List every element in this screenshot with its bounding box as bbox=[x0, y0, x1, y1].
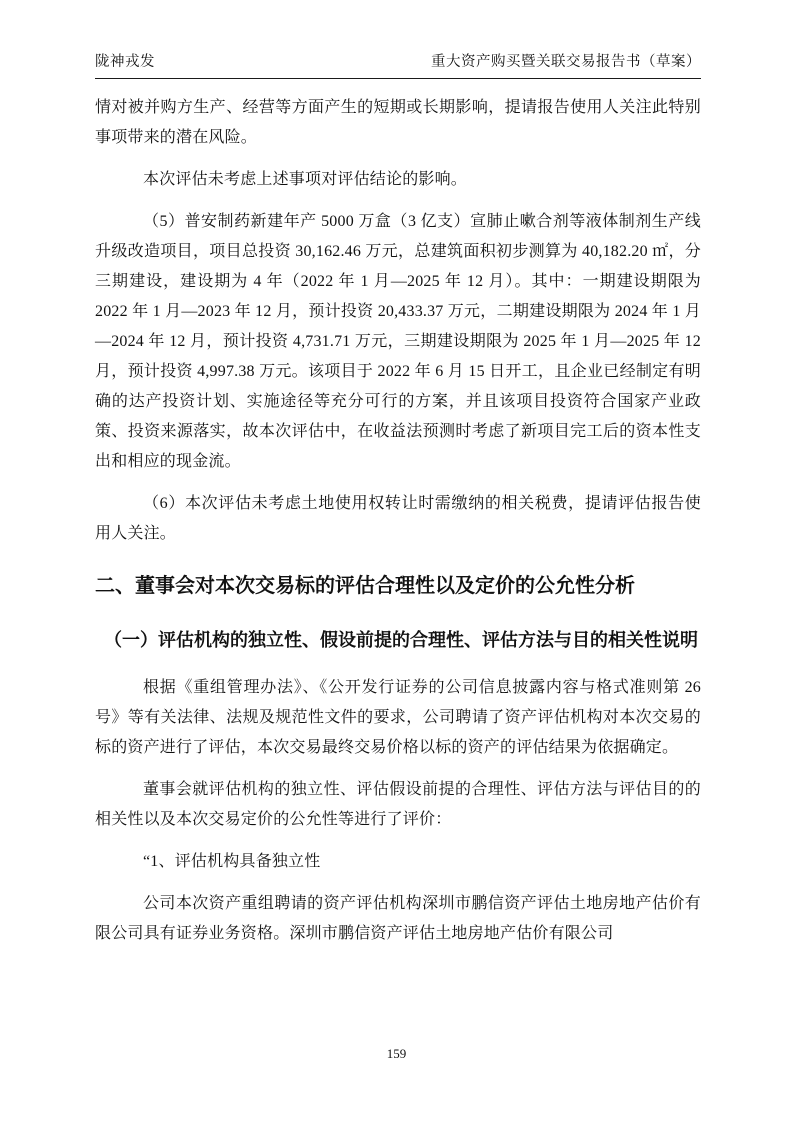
page-number: 159 bbox=[387, 1046, 407, 1061]
paragraph-item-6: （6）本次评估未考虑土地使用权转让时需缴纳的相关税费，提请评估报告使用人关注。 bbox=[95, 489, 701, 549]
paragraph-appraiser-qualification: 公司本次资产重组聘请的资产评估机构深圳市鹏信资产评估土地房地产估价有限公司具有证… bbox=[95, 889, 701, 949]
document-body: 情对被并购方生产、经营等方面产生的短期或长期影响，提请报告使用人关注此特别事项带… bbox=[95, 93, 701, 961]
header-document-title: 重大资产购买暨关联交易报告书（草案） bbox=[431, 50, 701, 71]
document-page: 陇神戎发 重大资产购买暨关联交易报告书（草案） 情对被并购方生产、经营等方面产生… bbox=[0, 0, 793, 1122]
header-company-name: 陇神戎发 bbox=[95, 50, 155, 71]
paragraph-evaluation-note: 本次评估未考虑上述事项对评估结论的影响。 bbox=[95, 165, 701, 195]
paragraph-board-review: 董事会就评估机构的独立性、评估假设前提的合理性、评估方法与评估目的的相关性以及本… bbox=[95, 775, 701, 835]
section-heading-2: 二、董事会对本次交易标的评估合理性以及定价的公允性分析 bbox=[95, 569, 701, 603]
page-footer: 159 bbox=[0, 1046, 793, 1062]
paragraph-item-5: （5）普安制药新建年产 5000 万盒（3 亿支）宣肺止嗽合剂等液体制剂生产线升… bbox=[95, 207, 701, 477]
paragraph-quote-item-1: “1、评估机构具备独立性 bbox=[95, 847, 701, 877]
subsection-heading-1: （一）评估机构的独立性、假设前提的合理性、评估方法与目的相关性说明 bbox=[95, 619, 701, 661]
page-header: 陇神戎发 重大资产购买暨关联交易报告书（草案） bbox=[95, 50, 701, 79]
paragraph-continuation: 情对被并购方生产、经营等方面产生的短期或长期影响，提请报告使用人关注此特别事项带… bbox=[95, 93, 701, 153]
paragraph-legal-basis: 根据《重组管理办法》、《公开发行证券的公司信息披露内容与格式准则第 26 号》等… bbox=[95, 673, 701, 763]
